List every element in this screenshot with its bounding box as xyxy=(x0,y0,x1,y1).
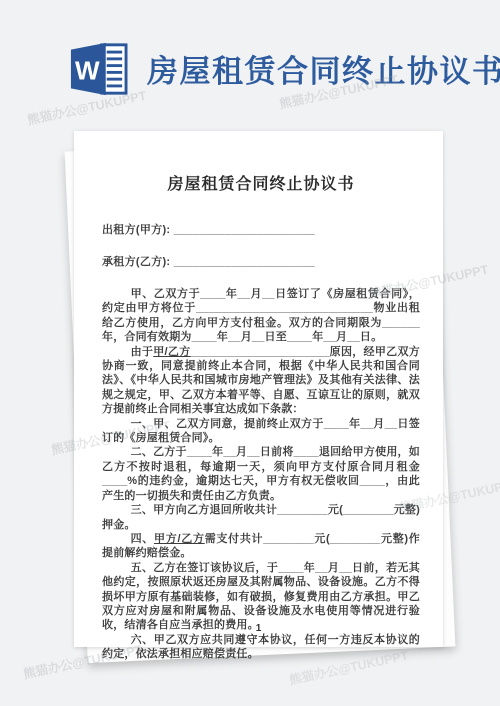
clause-4: 四、甲方/乙方需支付共计________元(________元整)作提前解约赔偿… xyxy=(102,532,420,561)
paragraph-reason: 由于甲/乙方______________________原因，经甲乙双方协商一致… xyxy=(102,345,420,417)
clause-3: 三、甲方向乙方退回所收共计________元(________元整)押金。 xyxy=(102,503,420,532)
clause-6: 六、甲乙双方应共同遵守本协议，任何一方违反本协议的约定，依法承担相应赔偿责任。 xyxy=(102,633,420,662)
document-preview: 房屋租赁合同终止协议书 出租方(甲方): ___________________… xyxy=(74,131,443,647)
paragraph-intro: 甲、乙双方于____年__月__日签订了《房屋租赁合同》，约定由甲方将位于___… xyxy=(102,287,420,345)
party-a-blank: ______________________ xyxy=(174,224,315,236)
doc-title: 房屋租赁合同终止协议书 xyxy=(102,171,420,194)
party-b-label: 承租方(乙方): xyxy=(102,256,174,268)
page-title: 房屋租赁合同终止协议书 xyxy=(147,46,500,91)
clause-5: 五、乙方在签订该协议后，于____年__月__日前，若无其他约定，按照原状返还房… xyxy=(102,561,420,633)
party-a-label: 出租方(甲方): xyxy=(102,224,174,236)
word-icon: W xyxy=(66,40,130,98)
party-b-blank: ______________________ xyxy=(174,256,315,268)
clause-2: 二、乙方于____年__月__日前将____退回给甲方使用，如乙方不按时退租，每… xyxy=(102,445,420,503)
page-number: 1 xyxy=(74,623,443,634)
clause-4-party-choice: 甲方/乙方 xyxy=(154,533,205,545)
party-b-line: 承租方(乙方): ______________________ xyxy=(102,255,420,269)
document-page: 房屋租赁合同终止协议书 出租方(甲方): ___________________… xyxy=(74,131,443,647)
clause-4-number: 四、 xyxy=(131,533,154,545)
svg-text:W: W xyxy=(75,56,100,86)
page-canvas: W 房屋租赁合同终止协议书 房屋租赁合同终止协议书 出租方(甲方): _____… xyxy=(0,0,500,706)
reason-prefix: 由于 xyxy=(131,346,154,358)
clause-1: 一、甲、乙双方同意，提前终止双方于____年__月__日签订的《房屋租赁合同》。 xyxy=(102,417,420,446)
party-a-line: 出租方(甲方): ______________________ xyxy=(102,223,420,237)
reason-party-choice: 甲/乙方 xyxy=(153,346,190,358)
